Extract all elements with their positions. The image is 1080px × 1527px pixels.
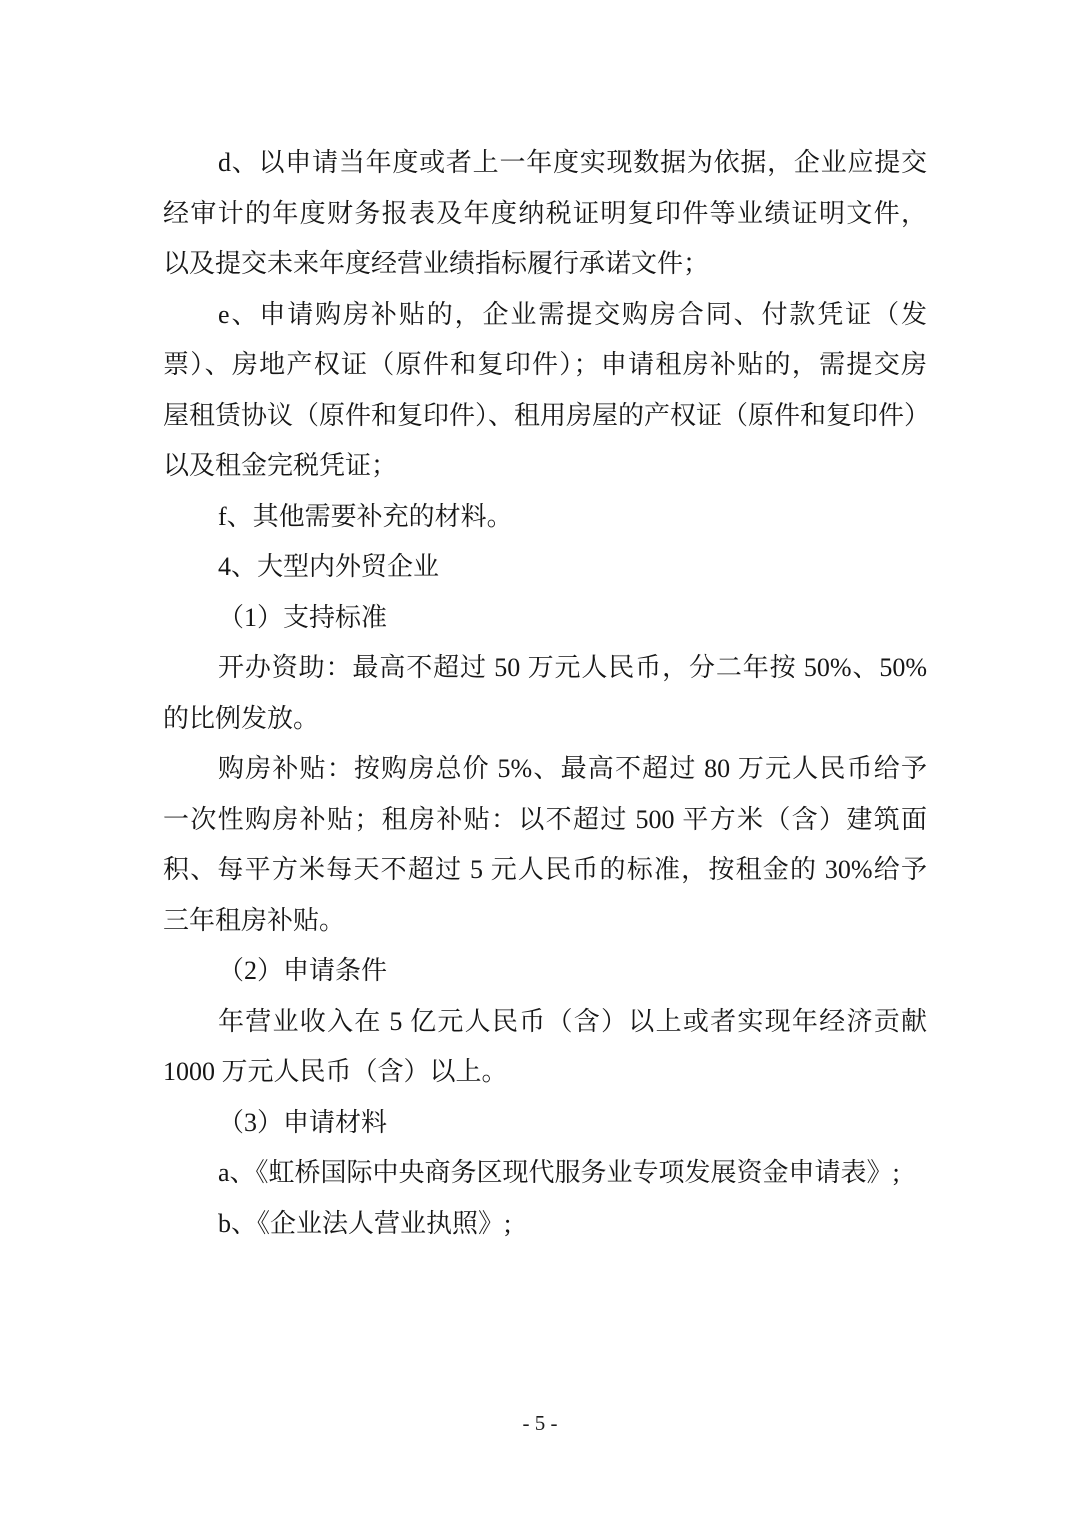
item-e-line-1: e、申请购房补贴的，企业需提交购房合同、付款凭证（发: [163, 290, 927, 341]
item-d-line-2: 经审计的年度财务报表及年度纳税证明复印件等业绩证明文件，: [163, 189, 927, 240]
conditions-line-2: 1000 万元人民币（含）以上。: [163, 1047, 927, 1098]
startup-subsidy-line-2: 的比例发放。: [163, 694, 927, 745]
material-item-a: a、《虹桥国际中央商务区现代服务业专项发展资金申请表》;: [163, 1148, 927, 1199]
housing-subsidy-line-4: 三年租房补贴。: [163, 896, 927, 947]
housing-subsidy-line-1: 购房补贴：按购房总价 5%、最高不超过 80 万元人民币给予: [163, 744, 927, 795]
item-e-line-3: 屋租赁协议（原件和复印件）、租用房屋的产权证（原件和复印件）: [163, 391, 927, 442]
startup-subsidy-line-1: 开办资助：最高不超过 50 万元人民币，分二年按 50%、50%: [163, 643, 927, 694]
page-number: - 5 -: [0, 1408, 1080, 1438]
item-e-line-4: 以及租金完税凭证；: [163, 441, 927, 492]
conditions-line-1: 年营业收入在 5 亿元人民币（含）以上或者实现年经济贡献: [163, 997, 927, 1048]
heading-application-conditions: （2）申请条件: [163, 946, 927, 997]
heading-application-materials: （3）申请材料: [163, 1098, 927, 1149]
material-item-b: b、《企业法人营业执照》;: [163, 1199, 927, 1250]
item-d-line-1: d、以申请当年度或者上一年度实现数据为依据，企业应提交: [163, 138, 927, 189]
document-page: d、以申请当年度或者上一年度实现数据为依据，企业应提交 经审计的年度财务报表及年…: [0, 0, 1080, 1527]
document-body: d、以申请当年度或者上一年度实现数据为依据，企业应提交 经审计的年度财务报表及年…: [163, 138, 927, 1249]
heading-support-standard: （1）支持标准: [163, 593, 927, 644]
section-4-title: 4、大型内外贸企业: [163, 542, 927, 593]
item-d-line-3: 以及提交未来年度经营业绩指标履行承诺文件；: [163, 239, 927, 290]
item-e-line-2: 票）、房地产权证（原件和复印件）；申请租房补贴的，需提交房: [163, 340, 927, 391]
item-f-line: f、其他需要补充的材料。: [163, 492, 927, 543]
housing-subsidy-line-2: 一次性购房补贴；租房补贴：以不超过 500 平方米（含）建筑面: [163, 795, 927, 846]
housing-subsidy-line-3: 积、每平方米每天不超过 5 元人民币的标准，按租金的 30%给予: [163, 845, 927, 896]
